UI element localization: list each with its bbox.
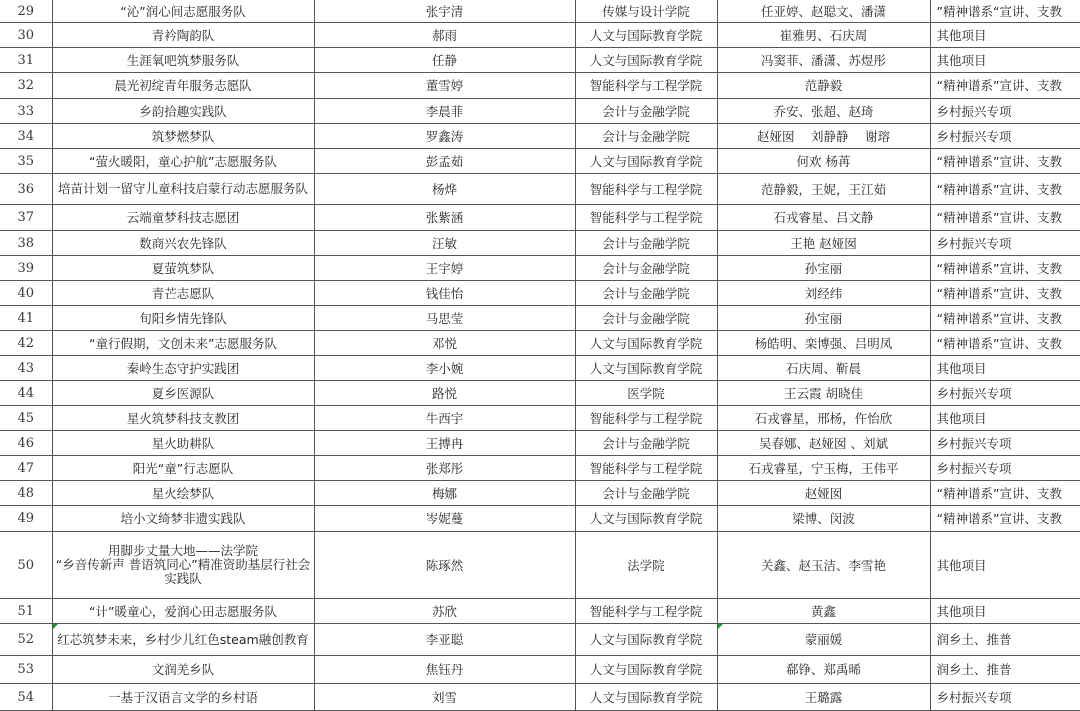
team-name-cell[interactable]: 数商兴农先锋队 xyxy=(52,231,314,256)
category-cell[interactable]: “精神谱系”宣讲、支教 xyxy=(930,256,1080,281)
team-name-cell[interactable]: 文润羌乡队 xyxy=(52,656,314,684)
leader-cell-text: 郝雨 xyxy=(432,28,457,43)
row-number-cell[interactable]: 47 xyxy=(0,456,52,481)
table-row: 54一基于汉语言文学的乡村语刘雪人文与国际教育学院王璐露乡村振兴专项 xyxy=(0,684,1080,710)
category-cell[interactable]: 乡村振兴专项 xyxy=(930,431,1080,456)
row-number-cell-text: 42 xyxy=(17,336,34,351)
row-number-cell[interactable]: 37 xyxy=(0,205,52,231)
leader-cell[interactable]: 李亚聪 xyxy=(314,624,575,656)
row-number-cell-text: 31 xyxy=(17,53,34,68)
college-cell[interactable]: 智能科学与工程学院 xyxy=(575,73,717,99)
team-name-cell[interactable]: 星火助耕队 xyxy=(52,431,314,456)
category-cell[interactable]: “精神谱系”宣讲、支教 xyxy=(930,506,1080,532)
row-number-cell-text: 48 xyxy=(17,486,34,501)
college-cell-text: 人文与国际教育学院 xyxy=(590,336,703,351)
row-number-cell-text: 43 xyxy=(17,361,34,376)
team-name-cell[interactable]: 夏萤筑梦队 xyxy=(52,256,314,281)
advisors-cell-text: 梁博、闵波 xyxy=(792,511,855,526)
advisors-cell[interactable]: 刘经纬 xyxy=(717,281,930,306)
college-cell[interactable]: 人文与国际教育学院 xyxy=(575,23,717,48)
advisors-cell[interactable]: 范静毅，王妮，王江茹 xyxy=(717,174,930,205)
college-cell-text: 法学院 xyxy=(627,558,665,573)
leader-cell-text: 梅娜 xyxy=(432,486,457,501)
team-name-cell-text: “童行假期，文创未来”志愿服务队 xyxy=(89,336,277,351)
advisors-cell-text: 石戎睿星，邢杨，仵怡欣 xyxy=(755,411,893,426)
leader-cell-text: 彭孟茹 xyxy=(426,154,464,169)
row-number-cell[interactable]: 49 xyxy=(0,506,52,532)
advisors-cell[interactable]: 孙宝丽 xyxy=(717,306,930,331)
category-cell[interactable]: 其他项目 xyxy=(930,23,1080,48)
advisors-cell[interactable]: 杨皓明、栾博强、吕明凤 xyxy=(717,331,930,356)
leader-cell-text: 钱佳怡 xyxy=(426,286,464,301)
leader-cell[interactable]: 张郑彤 xyxy=(314,456,575,481)
category-cell[interactable]: 其他项目 xyxy=(930,356,1080,381)
college-cell[interactable]: 医学院 xyxy=(575,381,717,406)
row-number-cell[interactable]: 43 xyxy=(0,356,52,381)
row-number-cell[interactable]: 32 xyxy=(0,73,52,99)
leader-cell[interactable]: 牛西宇 xyxy=(314,406,575,431)
leader-cell[interactable]: 王搏冉 xyxy=(314,431,575,456)
category-cell[interactable]: 乡村振兴专项 xyxy=(930,456,1080,481)
leader-cell-text: 王宇婷 xyxy=(426,261,464,276)
row-number-cell-text: 45 xyxy=(17,411,34,426)
row-number-cell-text: 37 xyxy=(17,210,34,225)
advisors-cell-text: 崔雅男、石庆周 xyxy=(780,28,868,43)
team-name-cell-text: 青衿陶韵队 xyxy=(152,28,215,43)
team-name-cell[interactable]: 培小文绮梦非遗实践队 xyxy=(52,506,314,532)
advisors-cell-text: 赵娅囡 刘静静 谢瑢 xyxy=(757,129,890,144)
college-cell-text: 人文与国际教育学院 xyxy=(590,53,703,68)
table-row: 40青芒志愿队钱佳怡会计与金融学院刘经纬“精神谱系”宣讲、支教 xyxy=(0,281,1080,306)
team-name-cell[interactable]: 秦岭生态守护实践团 xyxy=(52,356,314,381)
table-body: 29“沁”润心间志愿服务队张宇清传媒与设计学院任亚婷、赵聪文、潘潇”精神谱系“宣… xyxy=(0,0,1080,709)
row-number-cell-text: 44 xyxy=(17,386,34,401)
team-name-cell[interactable]: “童行假期，文创未来”志愿服务队 xyxy=(52,331,314,356)
advisors-cell[interactable]: 何欢 杨苒 xyxy=(717,149,930,174)
category-cell[interactable]: 其他项目 xyxy=(930,48,1080,73)
row-number-cell-text: 29 xyxy=(17,4,34,19)
team-name-cell[interactable]: 星火筑梦科技支教团 xyxy=(52,406,314,431)
advisors-cell[interactable]: 冯窦菲、潘潇、苏煜彤 xyxy=(717,48,930,73)
advisors-cell[interactable]: 乔安、张超、赵琦 xyxy=(717,99,930,124)
team-name-cell-text: 红芯筑梦未来，乡村少儿红色steam融创教育 xyxy=(57,632,308,647)
category-cell[interactable]: 其他项目 xyxy=(930,532,1080,599)
category-cell-text: “精神谱系”宣讲、支教 xyxy=(937,311,1062,326)
team-name-cell-text: 星火绘梦队 xyxy=(152,486,215,501)
leader-cell[interactable]: 焦钰丹 xyxy=(314,656,575,684)
leader-cell[interactable]: 路悦 xyxy=(314,381,575,406)
row-number-cell[interactable]: 42 xyxy=(0,331,52,356)
leader-cell[interactable]: 董雪婷 xyxy=(314,73,575,99)
college-cell[interactable]: 智能科学与工程学院 xyxy=(575,406,717,431)
advisors-cell[interactable]: 石戎睿星，邢杨，仵怡欣 xyxy=(717,406,930,431)
cell-comment-marker-icon xyxy=(53,624,58,629)
leader-cell-text: 张紫涵 xyxy=(426,210,464,225)
advisors-cell-text: 石戎睿星、吕文静 xyxy=(773,210,873,225)
college-cell-text: 会计与金融学院 xyxy=(602,261,690,276)
spreadsheet-view: 29“沁”润心间志愿服务队张宇清传媒与设计学院任亚婷、赵聪文、潘潇”精神谱系“宣… xyxy=(0,0,1080,709)
team-name-cell[interactable]: 培苗计划一留守儿童科技启蒙行动志愿服务队 xyxy=(52,174,314,205)
category-cell-text: 乡村振兴专项 xyxy=(937,236,1012,251)
team-name-cell[interactable]: 星火绘梦队 xyxy=(52,481,314,506)
row-number-cell[interactable]: 45 xyxy=(0,406,52,431)
team-name-cell[interactable]: 旬阳乡情先锋队 xyxy=(52,306,314,331)
category-cell[interactable]: “精神谱系”宣讲、支教 xyxy=(930,73,1080,99)
college-cell[interactable]: 人文与国际教育学院 xyxy=(575,506,717,532)
row-number-cell[interactable]: 30 xyxy=(0,23,52,48)
college-cell-text: 智能科学与工程学院 xyxy=(590,411,703,426)
college-cell-text: 会计与金融学院 xyxy=(602,104,690,119)
leader-cell-text: 李晨菲 xyxy=(426,104,464,119)
college-cell-text: 人文与国际教育学院 xyxy=(590,28,703,43)
college-cell-text: 医学院 xyxy=(627,386,665,401)
category-cell-text: 其他项目 xyxy=(937,558,987,573)
team-name-cell-text: 培小文绮梦非遗实践队 xyxy=(120,511,245,526)
row-number-cell-text: 50 xyxy=(17,558,34,573)
row-number-cell-text: 38 xyxy=(17,236,34,251)
category-cell[interactable]: ”精神谱系“宣讲、支教 xyxy=(930,0,1080,23)
advisors-cell[interactable]: 关鑫、赵玉洁、李雪艳 xyxy=(717,532,930,599)
advisors-cell[interactable]: 王璐露 xyxy=(717,684,930,710)
row-number-cell[interactable]: 46 xyxy=(0,431,52,456)
advisors-cell-text: 范静毅 xyxy=(805,78,843,93)
table-row: 38数商兴农先锋队汪敏会计与金融学院王艳 赵娅囡乡村振兴专项 xyxy=(0,231,1080,256)
team-name-cell-text: 旬阳乡情先锋队 xyxy=(139,311,227,326)
advisors-cell-text: 石庆周、靳晨 xyxy=(786,361,861,376)
team-name-cell-text: 青芒志愿队 xyxy=(152,286,215,301)
team-name-cell-text: 数商兴农先锋队 xyxy=(139,236,227,251)
table-row: 33乡韵拾趣实践队李晨菲会计与金融学院乔安、张超、赵琦乡村振兴专项 xyxy=(0,99,1080,124)
category-cell[interactable]: “精神谱系”宣讲、支教 xyxy=(930,306,1080,331)
college-cell-text: 会计与金融学院 xyxy=(602,129,690,144)
category-cell[interactable]: “精神谱系”宣讲、支教 xyxy=(930,174,1080,205)
category-cell[interactable]: “精神谱系”宣讲、支教 xyxy=(930,331,1080,356)
team-name-cell[interactable]: 乡韵拾趣实践队 xyxy=(52,99,314,124)
row-number-cell[interactable]: 41 xyxy=(0,306,52,331)
college-cell[interactable]: 会计与金融学院 xyxy=(575,256,717,281)
leader-cell[interactable]: 苏欣 xyxy=(314,599,575,624)
team-name-cell-text: 星火助耕队 xyxy=(152,436,215,451)
advisors-cell-text: 赵娅囡 xyxy=(805,486,843,501)
team-name-cell[interactable]: 筑梦燃梦队 xyxy=(52,124,314,149)
team-name-cell-text: 星火筑梦科技支教团 xyxy=(127,411,240,426)
table-row: 49培小文绮梦非遗实践队岑妮蔓人文与国际教育学院梁博、闵波“精神谱系”宣讲、支教 xyxy=(0,506,1080,532)
advisors-cell-text: 郗铮、郑禹晞 xyxy=(786,662,861,677)
leader-cell-text: 张宇清 xyxy=(426,4,464,19)
advisors-cell-text: 孙宝丽 xyxy=(805,311,843,326)
college-cell-text: 会计与金融学院 xyxy=(602,311,690,326)
leader-cell-text: 焦钰丹 xyxy=(426,662,464,677)
table-row: 32晨光初绽青年服务志愿队董雪婷智能科学与工程学院范静毅“精神谱系”宣讲、支教 xyxy=(0,73,1080,99)
table-row: 41旬阳乡情先锋队马思莹会计与金融学院孙宝丽“精神谱系”宣讲、支教 xyxy=(0,306,1080,331)
advisors-cell-text: 任亚婷、赵聪文、潘潇 xyxy=(761,4,886,19)
college-cell-text: 智能科学与工程学院 xyxy=(590,210,703,225)
category-cell[interactable]: 乡村振兴专项 xyxy=(930,231,1080,256)
team-name-cell-text: “沁”润心间志愿服务队 xyxy=(120,4,245,19)
college-cell[interactable]: 会计与金融学院 xyxy=(575,281,717,306)
team-name-cell-text: 乡韵拾趣实践队 xyxy=(139,104,227,119)
team-name-cell-text: 夏萤筑梦队 xyxy=(152,261,215,276)
leader-cell[interactable]: 任静 xyxy=(314,48,575,73)
college-cell[interactable]: 会计与金融学院 xyxy=(575,231,717,256)
team-name-cell[interactable]: “萤火暖阳，童心护航”志愿服务队 xyxy=(52,149,314,174)
category-cell-text: “精神谱系”宣讲、支教 xyxy=(937,286,1062,301)
leader-cell-text: 苏欣 xyxy=(432,604,457,619)
team-name-cell-text: 筑梦燃梦队 xyxy=(152,129,215,144)
advisors-cell[interactable]: 崔雅男、石庆周 xyxy=(717,23,930,48)
row-number-cell-text: 33 xyxy=(17,104,34,119)
table-row: 53文润羌乡队焦钰丹人文与国际教育学院郗铮、郑禹晞润乡土、推普 xyxy=(0,656,1080,684)
row-number-cell[interactable]: 48 xyxy=(0,481,52,506)
row-number-cell-text: 51 xyxy=(17,604,34,619)
advisors-cell[interactable]: 王云霞 胡晓佳 xyxy=(717,381,930,406)
table-row: 52红芯筑梦未来，乡村少儿红色steam融创教育李亚聪人文与国际教育学院蒙丽媛润… xyxy=(0,624,1080,656)
team-name-cell[interactable]: 青芒志愿队 xyxy=(52,281,314,306)
college-cell[interactable]: 会计与金融学院 xyxy=(575,306,717,331)
advisors-cell[interactable]: 梁博、闵波 xyxy=(717,506,930,532)
advisors-cell[interactable]: 王艳 赵娅囡 xyxy=(717,231,930,256)
row-number-cell-text: 47 xyxy=(17,461,34,476)
college-cell[interactable]: 智能科学与工程学院 xyxy=(575,174,717,205)
advisors-cell[interactable]: 吴春娜、赵娅囡 、刘斌 xyxy=(717,431,930,456)
team-name-cell[interactable]: 一基于汉语言文学的乡村语 xyxy=(52,684,314,710)
category-cell-text: 润乡土、推普 xyxy=(937,662,1012,677)
leader-cell[interactable]: 彭孟茹 xyxy=(314,149,575,174)
leader-cell-text: 杨烨 xyxy=(432,182,457,197)
college-cell[interactable]: 人文与国际教育学院 xyxy=(575,48,717,73)
college-cell-text: 会计与金融学院 xyxy=(602,286,690,301)
leader-cell-text: 李小婉 xyxy=(426,361,464,376)
team-name-cell-text: 云端童梦科技志愿团 xyxy=(127,210,240,225)
table-row: 29“沁”润心间志愿服务队张宇清传媒与设计学院任亚婷、赵聪文、潘潇”精神谱系“宣… xyxy=(0,0,1080,23)
college-cell-text: 智能科学与工程学院 xyxy=(590,461,703,476)
category-cell[interactable]: 乡村振兴专项 xyxy=(930,381,1080,406)
college-cell[interactable]: 智能科学与工程学院 xyxy=(575,456,717,481)
leader-cell[interactable]: 马思莹 xyxy=(314,306,575,331)
college-cell-text: 人文与国际教育学院 xyxy=(590,690,703,705)
row-number-cell[interactable]: 35 xyxy=(0,149,52,174)
category-cell[interactable]: 乡村振兴专项 xyxy=(930,99,1080,124)
leader-cell-text: 任静 xyxy=(432,53,457,68)
row-number-cell[interactable]: 33 xyxy=(0,99,52,124)
leader-cell-text: 李亚聪 xyxy=(426,632,464,647)
college-cell[interactable]: 人文与国际教育学院 xyxy=(575,331,717,356)
row-number-cell[interactable]: 44 xyxy=(0,381,52,406)
college-cell[interactable]: 人文与国际教育学院 xyxy=(575,624,717,656)
table-row: 45星火筑梦科技支教团牛西宇智能科学与工程学院石戎睿星，邢杨，仵怡欣其他项目 xyxy=(0,406,1080,431)
advisors-cell-text: 王艳 赵娅囡 xyxy=(790,236,856,251)
row-number-cell-text: 49 xyxy=(17,511,34,526)
advisors-cell[interactable]: 石庆周、靳晨 xyxy=(717,356,930,381)
category-cell-text: 其他项目 xyxy=(937,361,987,376)
table-row: 50用脚步丈量大地——法学院 “乡音传新声 普语筑同心”精准资助基层行社会实践队… xyxy=(0,532,1080,599)
row-number-cell[interactable]: 31 xyxy=(0,48,52,73)
category-cell[interactable]: 润乡土、推普 xyxy=(930,656,1080,684)
college-cell-text: 人文与国际教育学院 xyxy=(590,662,703,677)
college-cell[interactable]: 智能科学与工程学院 xyxy=(575,205,717,231)
team-name-cell[interactable]: 青衿陶韵队 xyxy=(52,23,314,48)
category-cell-text: 乡村振兴专项 xyxy=(937,436,1012,451)
college-cell[interactable]: 人文与国际教育学院 xyxy=(575,149,717,174)
advisors-cell[interactable]: 郗铮、郑禹晞 xyxy=(717,656,930,684)
row-number-cell[interactable]: 36 xyxy=(0,174,52,205)
advisors-cell[interactable]: 石戎睿星、吕文静 xyxy=(717,205,930,231)
table-row: 43秦岭生态守护实践团李小婉人文与国际教育学院石庆周、靳晨其他项目 xyxy=(0,356,1080,381)
team-name-cell[interactable]: 生涯氧吧筑梦服务队 xyxy=(52,48,314,73)
row-number-cell-text: 40 xyxy=(17,286,34,301)
leader-cell-text: 汪敏 xyxy=(432,236,457,251)
leader-cell-text: 董雪婷 xyxy=(426,78,464,93)
college-cell-text: 会计与金融学院 xyxy=(602,436,690,451)
category-cell-text: 乡村振兴专项 xyxy=(937,461,1012,476)
advisors-cell[interactable]: 黄鑫 xyxy=(717,599,930,624)
advisors-cell[interactable]: 石戎睿星，宁玉梅，王伟平 xyxy=(717,456,930,481)
table-row: 39夏萤筑梦队王宇婷会计与金融学院孙宝丽“精神谱系”宣讲、支教 xyxy=(0,256,1080,281)
leader-cell-text: 王搏冉 xyxy=(426,436,464,451)
college-cell[interactable]: 会计与金融学院 xyxy=(575,431,717,456)
college-cell[interactable]: 传媒与设计学院 xyxy=(575,0,717,23)
leader-cell[interactable]: 汪敏 xyxy=(314,231,575,256)
table-row: 51“计”暖童心，爱润心田志愿服务队苏欣智能科学与工程学院黄鑫其他项目 xyxy=(0,599,1080,624)
advisors-cell-text: 黄鑫 xyxy=(811,604,836,619)
category-cell-text: 乡村振兴专项 xyxy=(937,129,1012,144)
category-cell[interactable]: 其他项目 xyxy=(930,406,1080,431)
category-cell[interactable]: “精神谱系”宣讲、支教 xyxy=(930,149,1080,174)
advisors-cell-text: 范静毅，王妮，王江茹 xyxy=(761,182,886,197)
leader-cell[interactable]: 岑妮蔓 xyxy=(314,506,575,532)
advisors-cell-text: 乔安、张超、赵琦 xyxy=(773,104,873,119)
college-cell[interactable]: 会计与金融学院 xyxy=(575,99,717,124)
leader-cell-text: 路悦 xyxy=(432,386,457,401)
advisors-cell-text: 孙宝丽 xyxy=(805,261,843,276)
leader-cell-text: 马思莹 xyxy=(426,311,464,326)
leader-cell[interactable]: 王宇婷 xyxy=(314,256,575,281)
row-number-cell[interactable]: 54 xyxy=(0,684,52,710)
team-name-cell[interactable]: “沁”润心间志愿服务队 xyxy=(52,0,314,23)
advisors-cell[interactable]: 孙宝丽 xyxy=(717,256,930,281)
team-list-table: 29“沁”润心间志愿服务队张宇清传媒与设计学院任亚婷、赵聪文、潘潇”精神谱系“宣… xyxy=(0,0,1080,709)
team-name-cell[interactable]: 夏乡医源队 xyxy=(52,381,314,406)
category-cell-text: 乡村振兴专项 xyxy=(937,690,1012,705)
leader-cell[interactable]: 杨烨 xyxy=(314,174,575,205)
leader-cell[interactable]: 梅娜 xyxy=(314,481,575,506)
college-cell-text: 人文与国际教育学院 xyxy=(590,154,703,169)
leader-cell[interactable]: 钱佳怡 xyxy=(314,281,575,306)
category-cell[interactable]: “精神谱系”宣讲、支教 xyxy=(930,481,1080,506)
table-row: 42“童行假期，文创未来”志愿服务队邓悦人文与国际教育学院杨皓明、栾博强、吕明凤… xyxy=(0,331,1080,356)
college-cell[interactable]: 人文与国际教育学院 xyxy=(575,656,717,684)
category-cell[interactable]: “精神谱系”宣讲、支教 xyxy=(930,205,1080,231)
college-cell-text: 传媒与设计学院 xyxy=(602,4,690,19)
category-cell-text: “精神谱系”宣讲、支教 xyxy=(937,154,1062,169)
college-cell-text: 智能科学与工程学院 xyxy=(590,182,703,197)
row-number-cell[interactable]: 51 xyxy=(0,599,52,624)
table-row: 36培苗计划一留守儿童科技启蒙行动志愿服务队杨烨智能科学与工程学院范静毅，王妮，… xyxy=(0,174,1080,205)
advisors-cell[interactable]: 蒙丽媛 xyxy=(717,624,930,656)
team-name-cell[interactable]: 阳光“童”行志愿队 xyxy=(52,456,314,481)
college-cell[interactable]: 智能科学与工程学院 xyxy=(575,599,717,624)
college-cell-text: 人文与国际教育学院 xyxy=(590,632,703,647)
row-number-cell[interactable]: 29 xyxy=(0,0,52,23)
category-cell-text: “精神谱系”宣讲、支教 xyxy=(937,182,1062,197)
team-name-cell-text: 一基于汉语言文学的乡村语 xyxy=(108,690,258,705)
team-name-cell-text: 文润羌乡队 xyxy=(152,662,215,677)
team-name-cell[interactable]: 晨光初绽青年服务志愿队 xyxy=(52,73,314,99)
college-cell[interactable]: 法学院 xyxy=(575,532,717,599)
team-name-cell[interactable]: 云端童梦科技志愿团 xyxy=(52,205,314,231)
row-number-cell-text: 34 xyxy=(17,129,34,144)
advisors-cell[interactable]: 任亚婷、赵聪文、潘潇 xyxy=(717,0,930,23)
leader-cell[interactable]: 刘雪 xyxy=(314,684,575,710)
row-number-cell-text: 52 xyxy=(17,632,34,647)
advisors-cell[interactable]: 赵娅囡 刘静静 谢瑢 xyxy=(717,124,930,149)
leader-cell[interactable]: 郝雨 xyxy=(314,23,575,48)
row-number-cell[interactable]: 38 xyxy=(0,231,52,256)
row-number-cell[interactable]: 34 xyxy=(0,124,52,149)
college-cell[interactable]: 人文与国际教育学院 xyxy=(575,356,717,381)
college-cell[interactable]: 会计与金融学院 xyxy=(575,124,717,149)
row-number-cell-text: 35 xyxy=(17,154,34,169)
row-number-cell[interactable]: 52 xyxy=(0,624,52,656)
team-name-cell[interactable]: 红芯筑梦未来，乡村少儿红色steam融创教育 xyxy=(52,624,314,656)
team-name-cell-text: “计”暖童心，爱润心田志愿服务队 xyxy=(89,604,277,619)
advisors-cell[interactable]: 赵娅囡 xyxy=(717,481,930,506)
team-name-cell[interactable]: 用脚步丈量大地——法学院 “乡音传新声 普语筑同心”精准资助基层行社会实践队 xyxy=(52,532,314,599)
category-cell-text: “精神谱系”宣讲、支教 xyxy=(937,336,1062,351)
leader-cell[interactable]: 张紫涵 xyxy=(314,205,575,231)
college-cell-text: 会计与金融学院 xyxy=(602,236,690,251)
leader-cell[interactable]: 罗鑫涛 xyxy=(314,124,575,149)
table-row: 31生涯氧吧筑梦服务队任静人文与国际教育学院冯窦菲、潘潇、苏煜彤其他项目 xyxy=(0,48,1080,73)
team-name-cell[interactable]: “计”暖童心，爱润心田志愿服务队 xyxy=(52,599,314,624)
leader-cell[interactable]: 邓悦 xyxy=(314,331,575,356)
advisors-cell-text: 吴春娜、赵娅囡 、刘斌 xyxy=(759,436,888,451)
leader-cell[interactable]: 李晨菲 xyxy=(314,99,575,124)
team-name-cell-text: 晨光初绽青年服务志愿队 xyxy=(114,78,252,93)
category-cell[interactable]: “精神谱系”宣讲、支教 xyxy=(930,281,1080,306)
advisors-cell-text: 何欢 杨苒 xyxy=(797,154,851,169)
leader-cell[interactable]: 陈琢然 xyxy=(314,532,575,599)
category-cell[interactable]: 乡村振兴专项 xyxy=(930,684,1080,710)
row-number-cell-text: 46 xyxy=(17,436,34,451)
row-number-cell[interactable]: 40 xyxy=(0,281,52,306)
row-number-cell-text: 54 xyxy=(17,690,34,705)
leader-cell-text: 邓悦 xyxy=(432,336,457,351)
leader-cell-text: 岑妮蔓 xyxy=(426,511,464,526)
college-cell-text: 智能科学与工程学院 xyxy=(590,604,703,619)
college-cell-text: 智能科学与工程学院 xyxy=(590,78,703,93)
team-name-cell-text: 培苗计划一留守儿童科技启蒙行动志愿服务队 xyxy=(58,181,308,196)
category-cell[interactable]: 乡村振兴专项 xyxy=(930,124,1080,149)
row-number-cell[interactable]: 39 xyxy=(0,256,52,281)
table-row: 37云端童梦科技志愿团张紫涵智能科学与工程学院石戎睿星、吕文静“精神谱系”宣讲、… xyxy=(0,205,1080,231)
advisors-cell-text: 关鑫、赵玉洁、李雪艳 xyxy=(761,558,886,573)
college-cell[interactable]: 会计与金融学院 xyxy=(575,481,717,506)
leader-cell[interactable]: 李小婉 xyxy=(314,356,575,381)
team-name-cell-text: 用脚步丈量大地——法学院 “乡音传新声 普语筑同心”精准资助基层行社会实践队 xyxy=(56,543,310,586)
advisors-cell-text: 王云霞 胡晓佳 xyxy=(784,386,863,401)
college-cell[interactable]: 人文与国际教育学院 xyxy=(575,684,717,710)
row-number-cell[interactable]: 50 xyxy=(0,532,52,599)
category-cell[interactable]: 其他项目 xyxy=(930,599,1080,624)
team-name-cell-text: 秦岭生态守护实践团 xyxy=(127,361,240,376)
leader-cell[interactable]: 张宇清 xyxy=(314,0,575,23)
team-name-cell-text: 生涯氧吧筑梦服务队 xyxy=(127,53,240,68)
advisors-cell[interactable]: 范静毅 xyxy=(717,73,930,99)
college-cell-text: 人文与国际教育学院 xyxy=(590,361,703,376)
row-number-cell[interactable]: 53 xyxy=(0,656,52,684)
category-cell[interactable]: 润乡土、推普 xyxy=(930,624,1080,656)
